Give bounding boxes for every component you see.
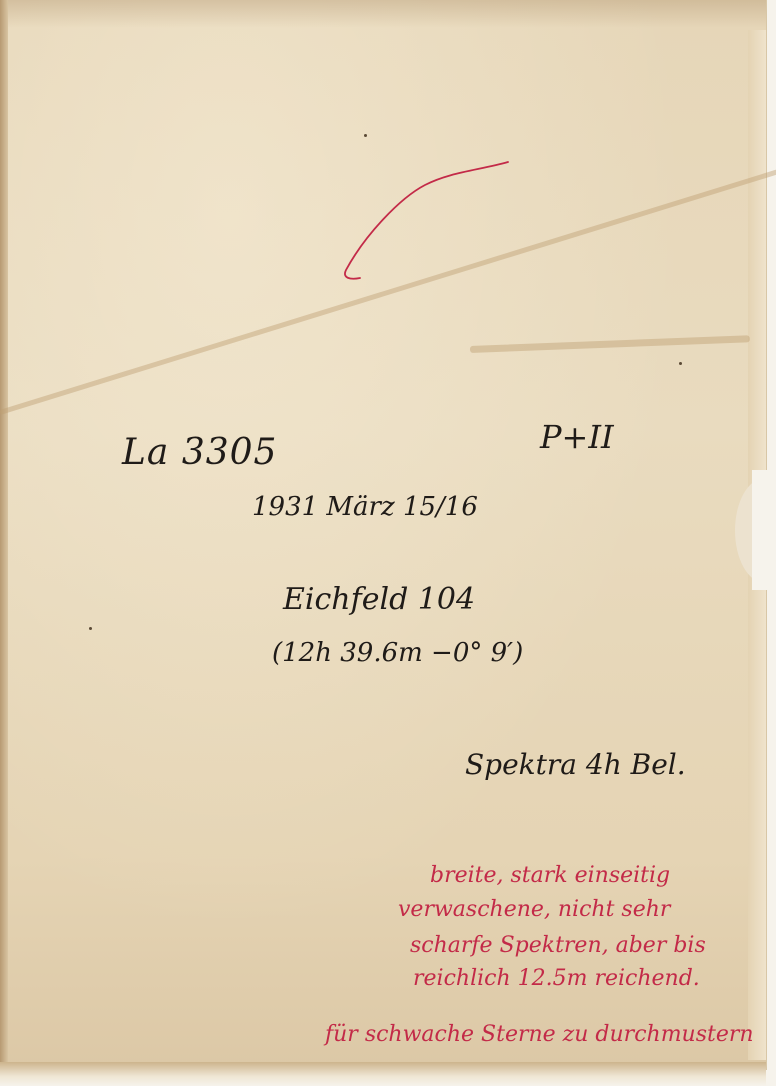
paper-speck [89, 627, 92, 630]
red-note-line: verwaschene, nicht sehr [398, 897, 670, 922]
plate-mark: P+II [540, 418, 614, 456]
observation-date: 1931 März 15/16 [252, 492, 478, 522]
red-note-line: reichlich 12.5m reichend. [413, 966, 700, 991]
exposure-note: Spektra 4h Bel. [465, 748, 686, 781]
envelope-left-edge [0, 0, 8, 1070]
red-note-line: scharfe Spektren, aber bis [410, 933, 706, 958]
paper-speck [679, 362, 682, 365]
paper-speck [364, 134, 367, 137]
red-pencil-check-mark-icon [330, 150, 530, 290]
envelope-bottom-edge [0, 1062, 766, 1086]
plate-id: La 3305 [122, 432, 277, 473]
field-name: Eichfeld 104 [283, 582, 475, 617]
field-coordinates: (12h 39.6m −0° 9′) [272, 638, 523, 668]
notch-cutout [752, 470, 776, 590]
footer-note: für schwache Sterne zu durchmustern [325, 1022, 754, 1047]
red-note-line: breite, stark einseitig [430, 863, 670, 888]
